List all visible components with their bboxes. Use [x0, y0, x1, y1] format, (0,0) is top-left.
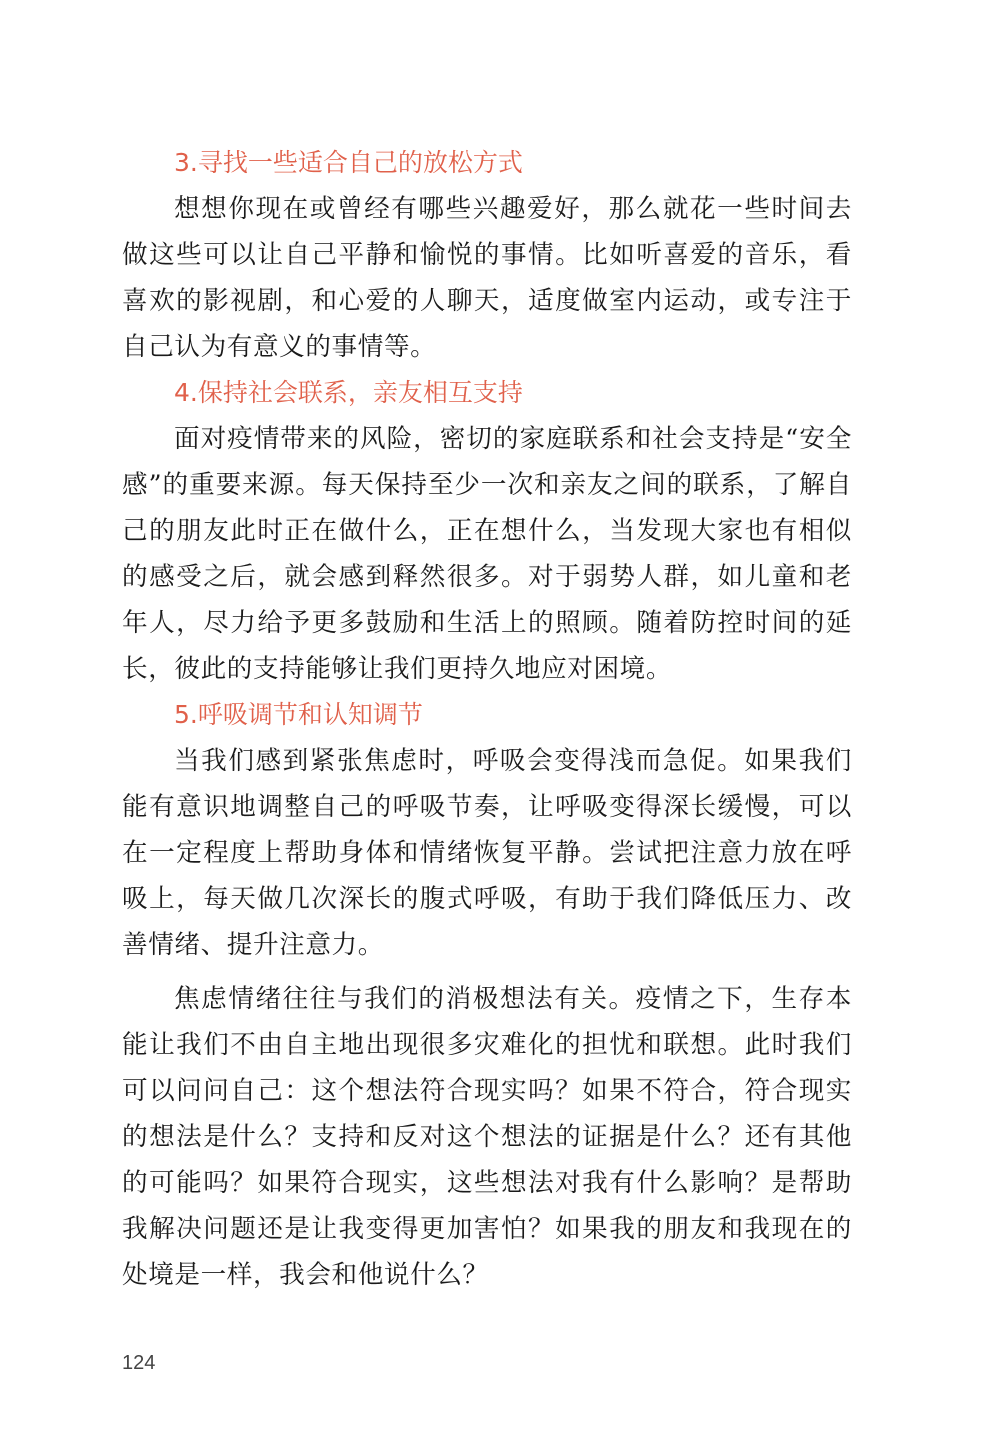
paragraph-social-support: 面对疫情带来的风险，密切的家庭联系和社会支持是“安全感”的重要来源。每天保持至少…	[122, 416, 852, 692]
paragraph-breathing: 当我们感到紧张焦虑时，呼吸会变得浅而急促。如果我们能有意识地调整自己的呼吸节奏，…	[122, 738, 852, 968]
section-heading-relaxation: 3.寻找一些适合自己的放松方式	[122, 140, 852, 186]
section-heading-social-support: 4.保持社会联系，亲友相互支持	[122, 370, 852, 416]
section-heading-breathing-cognition: 5.呼吸调节和认知调节	[122, 692, 852, 738]
paragraph-cognition: 焦虑情绪往往与我们的消极想法有关。疫情之下，生存本能让我们不由自主地出现很多灾难…	[122, 976, 852, 1298]
page-content: 3.寻找一些适合自己的放松方式 想想你现在或曾经有哪些兴趣爱好，那么就花一些时间…	[122, 140, 852, 1298]
paragraph-relaxation: 想想你现在或曾经有哪些兴趣爱好，那么就花一些时间去做这些可以让自己平静和愉悦的事…	[122, 186, 852, 370]
page-number: 124	[122, 1352, 155, 1375]
